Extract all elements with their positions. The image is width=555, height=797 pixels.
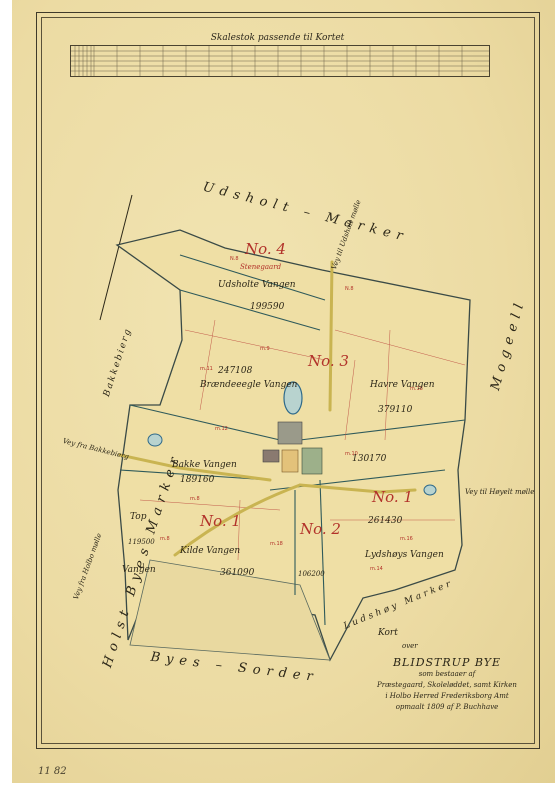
cartouche-title: BLIDSTRUP BYE xyxy=(372,656,522,669)
field-no2: No. 2 xyxy=(300,520,341,538)
field-no1-area: 261430 xyxy=(368,516,402,526)
cartouche-line3: i Holbo Herred Frederiksborg Amt xyxy=(372,691,522,702)
svg-text:m.8: m.8 xyxy=(160,536,170,542)
field-kilde-area: 361090 xyxy=(220,568,254,578)
field-braendeeegle-area: 247108 xyxy=(218,366,252,376)
svg-text:m.9: m.9 xyxy=(260,346,270,352)
cartouche-line2: Præstegaard, Skoleløddet, samt Kirken xyxy=(372,680,522,691)
svg-text:N.8: N.8 xyxy=(345,286,354,292)
field-udsholte-area: 199590 xyxy=(250,302,284,312)
field-no4: No. 4 xyxy=(245,240,286,258)
field-no2-area: 106200 xyxy=(298,570,325,578)
archive-number: 11 82 xyxy=(38,766,67,777)
svg-text:m.11: m.11 xyxy=(200,366,213,372)
field-havre: Havre Vangen xyxy=(370,380,435,390)
svg-text:m.16: m.16 xyxy=(400,536,413,542)
field-vangen: Vangen xyxy=(122,565,156,575)
svg-text:m.18: m.18 xyxy=(270,541,283,547)
svg-text:m.12: m.12 xyxy=(215,426,228,432)
cartouche-line4: opmaalt 1809 af P. Buchhave xyxy=(372,702,522,713)
field-no3: No. 3 xyxy=(308,352,349,370)
field-bakke-area: 189160 xyxy=(180,475,214,485)
field-havre-area: 379110 xyxy=(378,405,412,415)
road-label-hoyelt: Vey til Høyelt mølle xyxy=(465,488,534,496)
field-lydshoys: Lydshøys Vangen xyxy=(365,550,444,560)
svg-text:N.8: N.8 xyxy=(230,256,239,262)
field-no4-sub: Stenegaard xyxy=(240,263,281,271)
field-no1-east: No. 1 xyxy=(372,488,413,506)
cartouche-kort: Kort xyxy=(378,628,398,638)
cartouche-over: over xyxy=(402,642,418,650)
field-top: Top xyxy=(130,512,146,522)
field-unnamed-area: 130170 xyxy=(352,454,386,464)
field-udsholte: Udsholte Vangen xyxy=(218,280,296,290)
svg-text:m.14: m.14 xyxy=(370,566,383,572)
field-braendeeegle: Brændeeegle Vangen xyxy=(200,380,297,390)
field-no1-center: No. 1 xyxy=(200,512,241,530)
cartouche-line1: som bestaaer af xyxy=(372,669,522,680)
svg-text:m.8: m.8 xyxy=(190,496,200,502)
field-kilde: Kilde Vangen xyxy=(180,546,240,556)
cartouche: BLIDSTRUP BYE som bestaaer af Præstegaar… xyxy=(372,656,522,713)
field-bakke: Bakke Vangen xyxy=(172,460,237,470)
field-top-area: 119500 xyxy=(128,538,155,546)
